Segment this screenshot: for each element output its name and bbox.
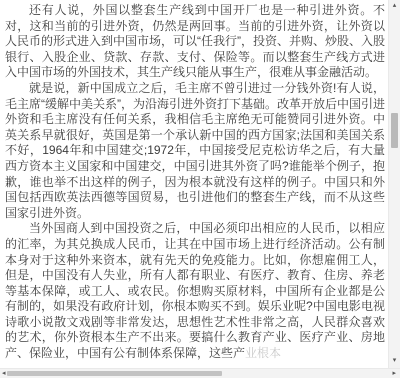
horizontal-scrollbar-thumb[interactable] [7, 371, 222, 376]
paragraph: 当外国商人到中国投资之后，中国必须印出相应的人民币，以相应的汇率，为其兑换成人民… [5, 221, 385, 361]
scroll-up-icon[interactable]: ▴ [389, 2, 400, 10]
document-page: 还有人说，外国以整套生产线到中国开厂也是一种引进外资。不对，这和当前的引进外资，… [0, 0, 400, 378]
scroll-left-icon[interactable]: ◂ [2, 369, 6, 378]
vertical-scrollbar[interactable]: ▴ ▾ [388, 0, 400, 368]
faded-text: 业根本 [245, 346, 281, 360]
paragraph: 还有人说，外国以整套生产线到中国开厂也是一种引进外资。不对，这和当前的引进外资，… [5, 3, 385, 81]
paragraph-text: 当外国商人到中国投资之后，中国必须印出相应的人民币，以相应的汇率，为其兑换成人民… [5, 221, 385, 360]
horizontal-scrollbar[interactable]: ◂ ▸ [0, 368, 400, 378]
paragraph: 就是说，新中国成立之后，毛主席不曾引进过一分钱外资!有人说，毛主席“缓解中美关系… [5, 81, 385, 221]
vertical-scrollbar-thumb[interactable] [391, 113, 398, 148]
scroll-right-icon[interactable]: ▸ [392, 369, 396, 378]
article-text: 还有人说，外国以整套生产线到中国开厂也是一种引进外资。不对，这和当前的引进外资，… [5, 3, 385, 366]
scroll-down-icon[interactable]: ▾ [389, 357, 400, 365]
